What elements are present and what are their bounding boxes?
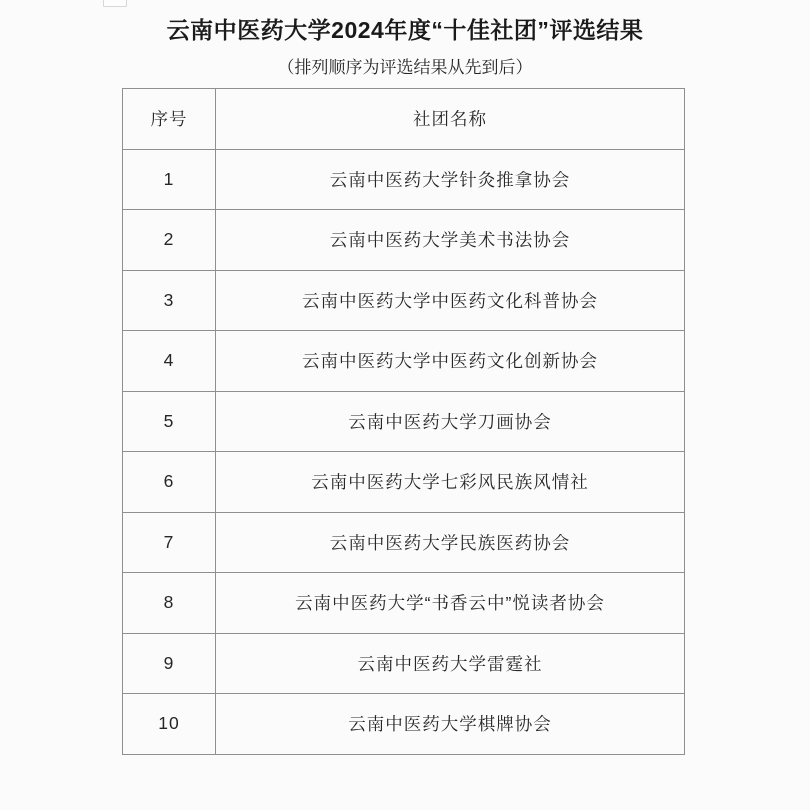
club-name-cell: 云南中医药大学美术书法协会: [216, 210, 685, 271]
top-edge-artifact: [103, 0, 127, 7]
table-row: 1 云南中医药大学针灸推拿协会: [123, 149, 685, 210]
club-name-cell: 云南中医药大学刀画协会: [216, 391, 685, 452]
rank-cell: 8: [123, 573, 216, 634]
rank-cell: 3: [123, 270, 216, 331]
results-table: 序号 社团名称 1 云南中医药大学针灸推拿协会 2 云南中医药大学美术书法协会 …: [122, 88, 685, 755]
club-name-cell: 云南中医药大学中医药文化创新协会: [216, 331, 685, 392]
rank-cell: 10: [123, 694, 216, 755]
table-header-row: 序号 社团名称: [123, 89, 685, 150]
club-name-cell: 云南中医药大学七彩风民族风情社: [216, 452, 685, 513]
club-name-cell: 云南中医药大学民族医药协会: [216, 512, 685, 573]
table-row: 2 云南中医药大学美术书法协会: [123, 210, 685, 271]
rank-cell: 7: [123, 512, 216, 573]
rank-cell: 2: [123, 210, 216, 271]
table-row: 6 云南中医药大学七彩风民族风情社: [123, 452, 685, 513]
table-row: 5 云南中医药大学刀画协会: [123, 391, 685, 452]
table-row: 8 云南中医药大学“书香云中”悦读者协会: [123, 573, 685, 634]
page-subtitle: （排列顺序为评选结果从先到后）: [0, 57, 810, 79]
page: 云南中医药大学2024年度“十佳社团”评选结果 （排列顺序为评选结果从先到后） …: [0, 0, 810, 755]
club-name-cell: 云南中医药大学“书香云中”悦读者协会: [216, 573, 685, 634]
rank-cell: 1: [123, 149, 216, 210]
table-row: 4 云南中医药大学中医药文化创新协会: [123, 331, 685, 392]
club-name-cell: 云南中医药大学棋牌协会: [216, 694, 685, 755]
club-name-cell: 云南中医药大学针灸推拿协会: [216, 149, 685, 210]
club-name-cell: 云南中医药大学雷霆社: [216, 633, 685, 694]
rank-cell: 5: [123, 391, 216, 452]
club-name-cell: 云南中医药大学中医药文化科普协会: [216, 270, 685, 331]
table-row: 7 云南中医药大学民族医药协会: [123, 512, 685, 573]
table-row: 3 云南中医药大学中医药文化科普协会: [123, 270, 685, 331]
header-cell-rank: 序号: [123, 89, 216, 150]
rank-cell: 4: [123, 331, 216, 392]
table-row: 10 云南中医药大学棋牌协会: [123, 694, 685, 755]
table-row: 9 云南中医药大学雷霆社: [123, 633, 685, 694]
header-cell-club-name: 社团名称: [216, 89, 685, 150]
rank-cell: 6: [123, 452, 216, 513]
rank-cell: 9: [123, 633, 216, 694]
